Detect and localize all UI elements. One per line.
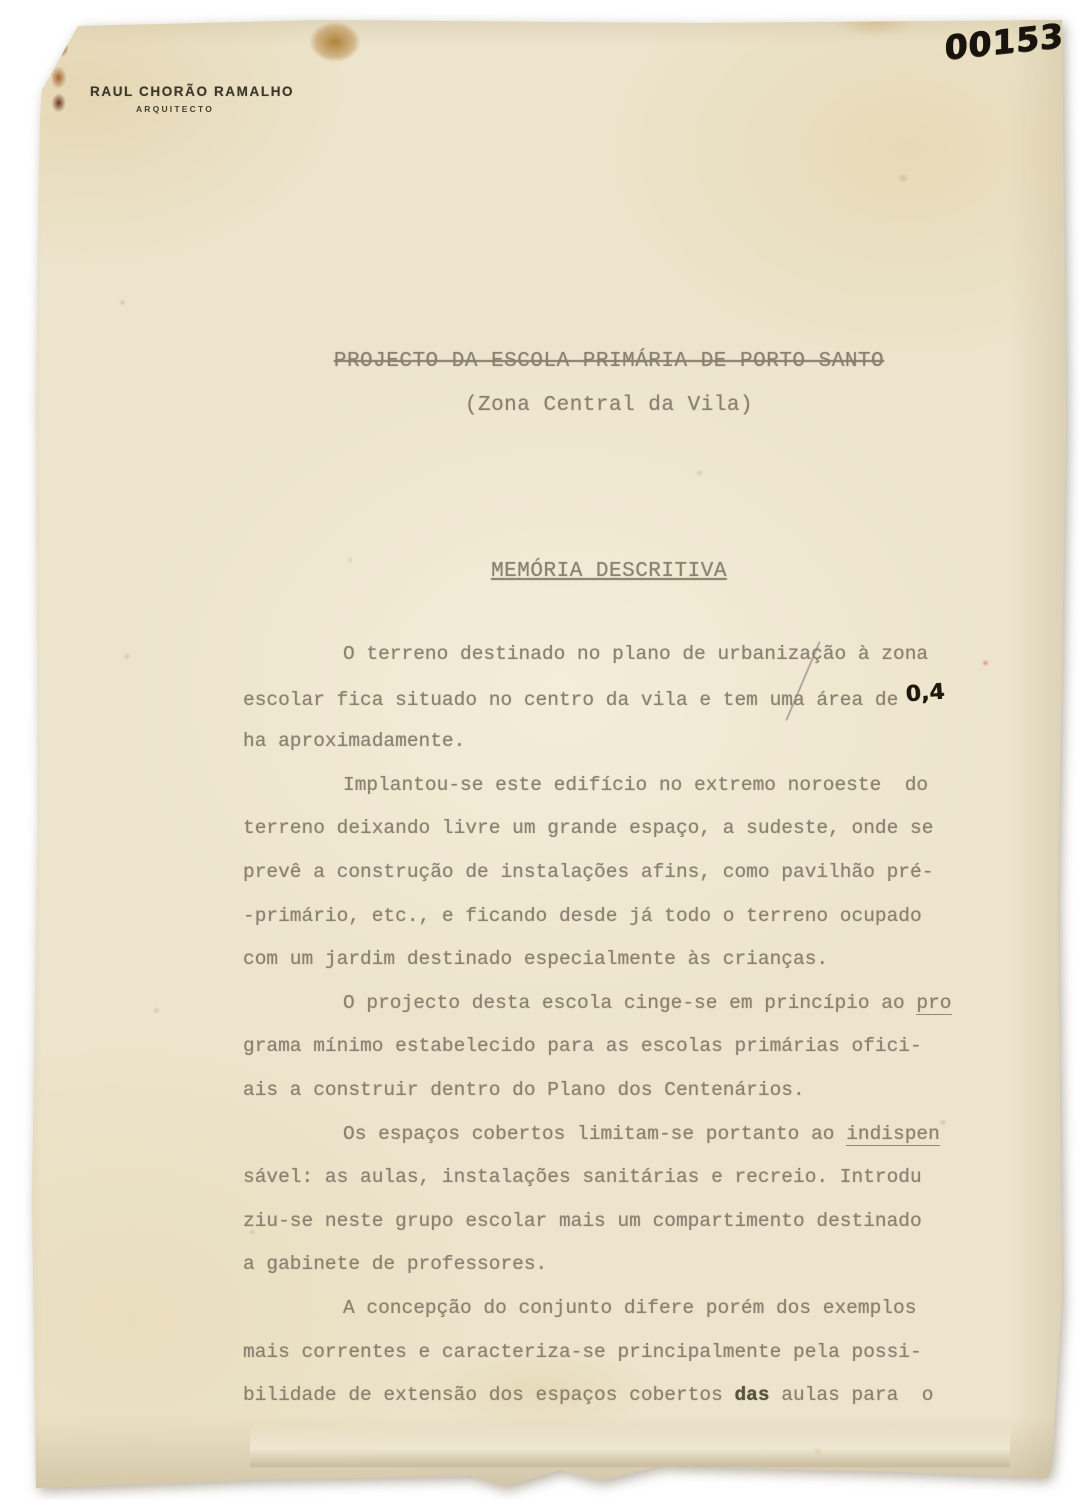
typed-line: Implantou-se este edifício no extremo no… — [243, 764, 983, 808]
typed-line: mais correntes e caracteriza-se principa… — [243, 1331, 983, 1375]
document-title: PROJECTO DA ESCOLA PRIMÁRIA DE PORTO SAN… — [243, 340, 975, 384]
typed-line: prevê a construção de instalações afins,… — [243, 851, 983, 895]
typed-line: -primário, etc., e ficando desde já todo… — [243, 895, 983, 939]
typed-line: O terreno destinado no plano de urbaniza… — [243, 633, 983, 677]
typed-line: ha aproximadamente. — [243, 720, 983, 764]
typed-line: bilidade de extensão dos espaços coberto… — [243, 1374, 983, 1418]
handwritten-area-value: 0,4 — [904, 670, 946, 716]
typed-line: ziu-se neste grupo escolar mais um compa… — [243, 1200, 983, 1244]
overstruck-word: das — [734, 1384, 769, 1406]
typed-line: sável: as aulas, instalações sanitárias … — [243, 1156, 983, 1200]
document-subtitle: (Zona Central da Vila) — [243, 384, 975, 428]
typed-line: a gabinete de professores. — [243, 1243, 983, 1287]
typed-line: Os espaços cobertos limitam-se portanto … — [243, 1113, 983, 1157]
letterhead-name: RAUL CHORÃO RAMALHO — [90, 84, 260, 99]
typed-line: ais a construir dentro do Plano dos Cent… — [243, 1069, 983, 1113]
typed-line: O projecto desta escola cinge-se em prin… — [243, 982, 983, 1026]
typed-line: com um jardim destinado especialmente às… — [243, 938, 983, 982]
bottom-crease — [250, 1424, 1010, 1468]
stain-top-center — [302, 16, 368, 68]
typed-line: terreno deixando livre um grande espaço,… — [243, 807, 983, 851]
typed-body: O terreno destinado no plano de urbaniza… — [243, 633, 983, 1418]
typed-line: escolar fica situado no centro da vila e… — [243, 677, 983, 721]
typed-line: A concepção do conjunto difere porém dos… — [243, 1287, 983, 1331]
section-heading: MEMÓRIA DESCRITIVA — [243, 550, 975, 594]
paper-sheet: RAUL CHORÃO RAMALHO ARQUITECTO 00153 PRO… — [0, 0, 1079, 1500]
underlined-syllable: pro — [916, 992, 951, 1015]
letterhead: RAUL CHORÃO RAMALHO ARQUITECTO — [90, 84, 260, 114]
typed-line: grama mínimo estabelecido para as escola… — [243, 1025, 983, 1069]
title-block: PROJECTO DA ESCOLA PRIMÁRIA DE PORTO SAN… — [243, 340, 975, 427]
letterhead-profession: ARQUITECTO — [90, 104, 260, 114]
scanned-page: RAUL CHORÃO RAMALHO ARQUITECTO 00153 PRO… — [0, 0, 1079, 1500]
stain-top-right — [820, 0, 930, 42]
underlined-syllable: indispen — [846, 1123, 940, 1146]
